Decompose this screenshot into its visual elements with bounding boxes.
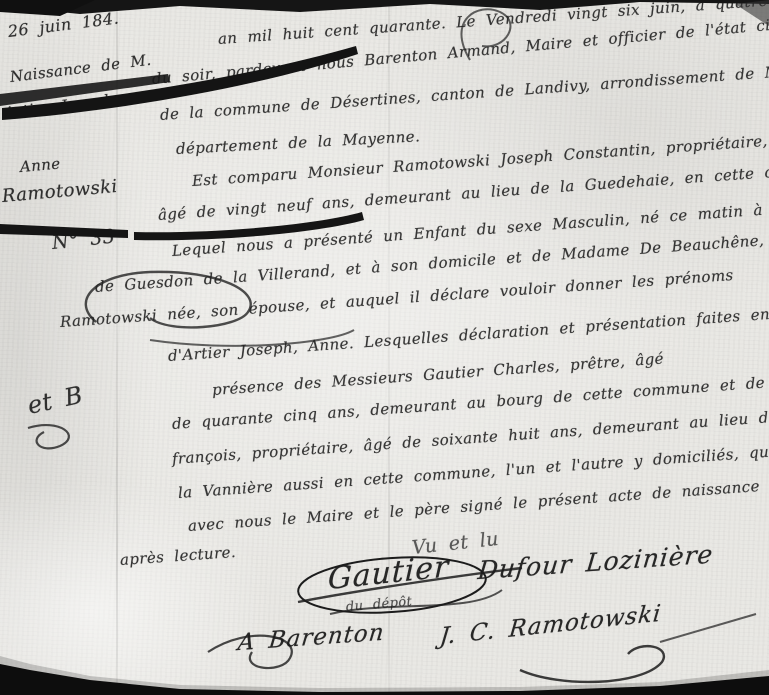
body-line: après lecture. <box>119 543 236 569</box>
body-line: département de la Mayenne. <box>176 127 421 158</box>
margin-child-name-1: Artier Joseph <box>3 91 115 122</box>
signature-flourish <box>660 614 756 642</box>
margin-family-name: Ramotowski <box>1 176 118 207</box>
signature-barenton: A Barenton <box>237 620 386 657</box>
signature-dufour-loziniere: Dufour Lozinière <box>476 539 714 585</box>
margin-paraph-flourish <box>28 425 69 448</box>
margin-act-number: N° 33 <box>51 225 116 254</box>
signature-flourish <box>520 646 664 682</box>
margin-date: 26 juin 184. <box>7 8 120 40</box>
scanned-birth-record-page: 26 juin 184. Naissance de M. Artier Jose… <box>0 0 769 695</box>
signature-gautier: Gautier <box>327 549 449 597</box>
signature-gautier-note: du dépôt <box>345 594 412 615</box>
signature-ramotowski: J. C. Ramotowski <box>439 601 663 651</box>
margin-child-name-2: Anne <box>19 154 61 175</box>
fold-crease-left <box>116 0 118 695</box>
margin-paraph: et B <box>25 381 85 420</box>
margin-naissance-label: Naissance de M. <box>9 51 152 86</box>
